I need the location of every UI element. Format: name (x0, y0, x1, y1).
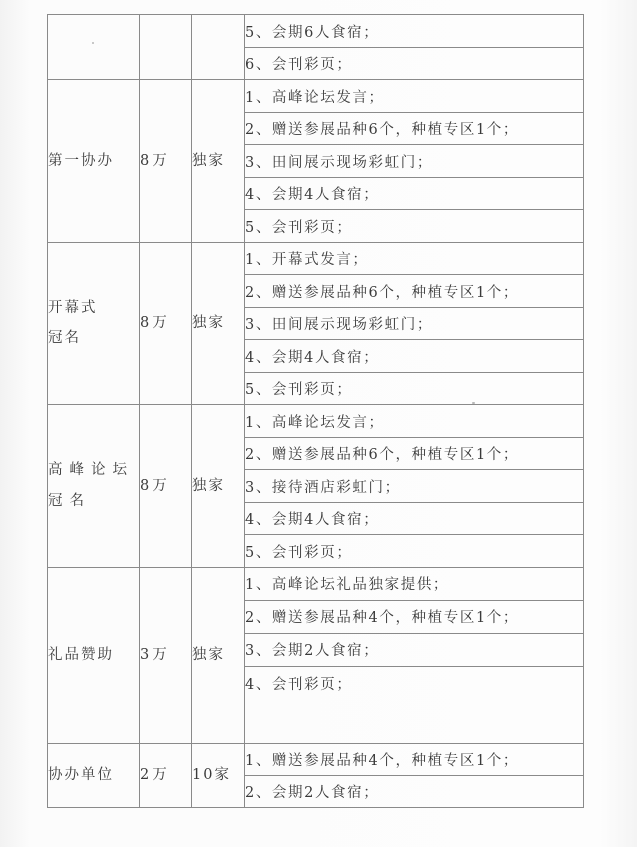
benefit-text: 1、开幕式发言； (245, 252, 369, 268)
benefit-text: 3、田间展示现场彩虹门； (245, 317, 433, 333)
table-row: 5、会期6人食宿； (48, 15, 584, 48)
benefit-cell: 4、会期4人食宿； (245, 340, 584, 373)
benefit-cell: 1、开幕式发言； (245, 242, 584, 275)
benefit-cell: 5、会刊彩页； (245, 210, 584, 243)
sponsor-level-text: 高峰论坛 (48, 462, 134, 478)
benefit-text: 2、会期2人食宿； (245, 785, 379, 801)
sponsor-level-text: 第一协办 (48, 153, 114, 169)
table-row: 协办单位 2万 10家 1、赠送参展品种4个，种植专区1个； (48, 743, 584, 775)
benefit-text: 2、赠送参展品种6个，种植专区1个； (245, 122, 519, 138)
benefit-cell: 2、赠送参展品种6个，种植专区1个； (245, 112, 584, 145)
benefit-text: 1、高峰论坛发言； (245, 415, 385, 431)
benefit-cell: 4、会刊彩页； (245, 666, 584, 743)
benefit-text: 4、会期4人食宿； (245, 187, 379, 203)
quota-cell: 独家 (192, 567, 245, 743)
sponsor-level-text: 协办单位 (48, 767, 114, 783)
sponsor-level-cell: 协办单位 (48, 743, 140, 807)
benefit-cell: 1、高峰论坛发言； (245, 80, 584, 113)
quota-cell: 独家 (192, 242, 245, 405)
benefit-cell: 2、赠送参展品种4个，种植专区1个； (245, 600, 584, 633)
sponsorship-table: 5、会期6人食宿； 6、会刊彩页； 第一协办 8万 独家 1、高峰论坛发言； 2… (47, 14, 584, 808)
benefit-text: 3、田间展示现场彩虹门； (245, 155, 433, 171)
benefit-cell: 3、接待酒店彩虹门； (245, 470, 584, 503)
benefit-text: 1、高峰论坛发言； (245, 90, 385, 106)
benefit-cell: 2、赠送参展品种6个，种植专区1个； (245, 437, 584, 470)
sponsor-level-cell: 高峰论坛 冠名 (48, 405, 140, 568)
sponsor-level-text: 礼品赞助 (48, 647, 114, 663)
benefit-cell: 4、会期4人食宿； (245, 502, 584, 535)
benefit-text: 3、会期2人食宿； (245, 643, 379, 659)
benefit-text: 6、会刊彩页； (245, 57, 352, 73)
quota-cell: 独家 (192, 80, 245, 243)
sponsor-level-text-line2: 冠名 (48, 331, 139, 346)
benefit-cell: 2、会期2人食宿； (245, 775, 584, 807)
benefit-cell: 5、会期6人食宿； (245, 15, 584, 48)
scan-speck (472, 402, 475, 404)
sponsor-level-cell: 开幕式 冠名 (48, 242, 140, 405)
table-row: 礼品赞助 3万 独家 1、高峰论坛礼品独家提供； (48, 567, 584, 600)
benefit-text: 2、赠送参展品种6个，种植专区1个； (245, 285, 519, 301)
scan-speck (92, 42, 94, 44)
benefit-cell: 1、高峰论坛礼品独家提供； (245, 567, 584, 600)
table-row: 高峰论坛 冠名 8万 独家 1、高峰论坛发言； (48, 405, 584, 438)
sponsor-level-cell: 第一协办 (48, 80, 140, 243)
benefit-cell: 3、会期2人食宿； (245, 633, 584, 666)
table-row: 开幕式 冠名 8万 独家 1、开幕式发言； (48, 242, 584, 275)
benefit-text: 4、会期4人食宿； (245, 350, 379, 366)
price-cell: 3万 (140, 567, 192, 743)
benefit-cell: 6、会刊彩页； (245, 47, 584, 80)
price-cell: 8万 (140, 405, 192, 568)
benefit-text: 2、赠送参展品种6个，种植专区1个； (245, 447, 519, 463)
benefit-cell: 4、会期4人食宿； (245, 177, 584, 210)
quota-cell: 独家 (192, 405, 245, 568)
benefit-cell: 5、会刊彩页； (245, 535, 584, 568)
quota-cell (192, 15, 245, 80)
price-cell: 8万 (140, 80, 192, 243)
benefit-text: 5、会刊彩页； (245, 545, 352, 561)
benefit-cell: 5、会刊彩页； (245, 372, 584, 405)
benefit-text: 5、会期6人食宿； (245, 25, 379, 41)
benefit-text: 5、会刊彩页； (245, 220, 352, 236)
benefit-cell: 1、赠送参展品种4个，种植专区1个； (245, 743, 584, 775)
sponsor-level-cell (48, 15, 140, 80)
benefit-cell: 3、田间展示现场彩虹门； (245, 145, 584, 178)
price-cell: 8万 (140, 242, 192, 405)
benefit-text: 1、赠送参展品种4个，种植专区1个； (245, 753, 519, 769)
table-row: 第一协办 8万 独家 1、高峰论坛发言； (48, 80, 584, 113)
benefit-text: 4、会期4人食宿； (245, 512, 379, 528)
benefit-text: 4、会刊彩页； (245, 677, 352, 693)
benefit-text: 2、赠送参展品种4个，种植专区1个； (245, 610, 519, 626)
sponsor-level-text: 开幕式 (48, 300, 98, 316)
price-cell: 2万 (140, 743, 192, 807)
price-cell (140, 15, 192, 80)
benefit-cell: 2、赠送参展品种6个，种植专区1个； (245, 275, 584, 308)
sponsor-level-text-line2: 冠名 (48, 494, 139, 509)
benefit-text: 1、高峰论坛礼品独家提供； (245, 577, 449, 593)
document-page: 5、会期6人食宿； 6、会刊彩页； 第一协办 8万 独家 1、高峰论坛发言； 2… (0, 0, 637, 847)
quota-cell: 10家 (192, 743, 245, 807)
benefit-cell: 3、田间展示现场彩虹门； (245, 307, 584, 340)
benefit-text: 3、接待酒店彩虹门； (245, 480, 401, 496)
benefit-text: 5、会刊彩页； (245, 382, 352, 398)
benefit-cell: 1、高峰论坛发言； (245, 405, 584, 438)
sponsor-level-cell: 礼品赞助 (48, 567, 140, 743)
